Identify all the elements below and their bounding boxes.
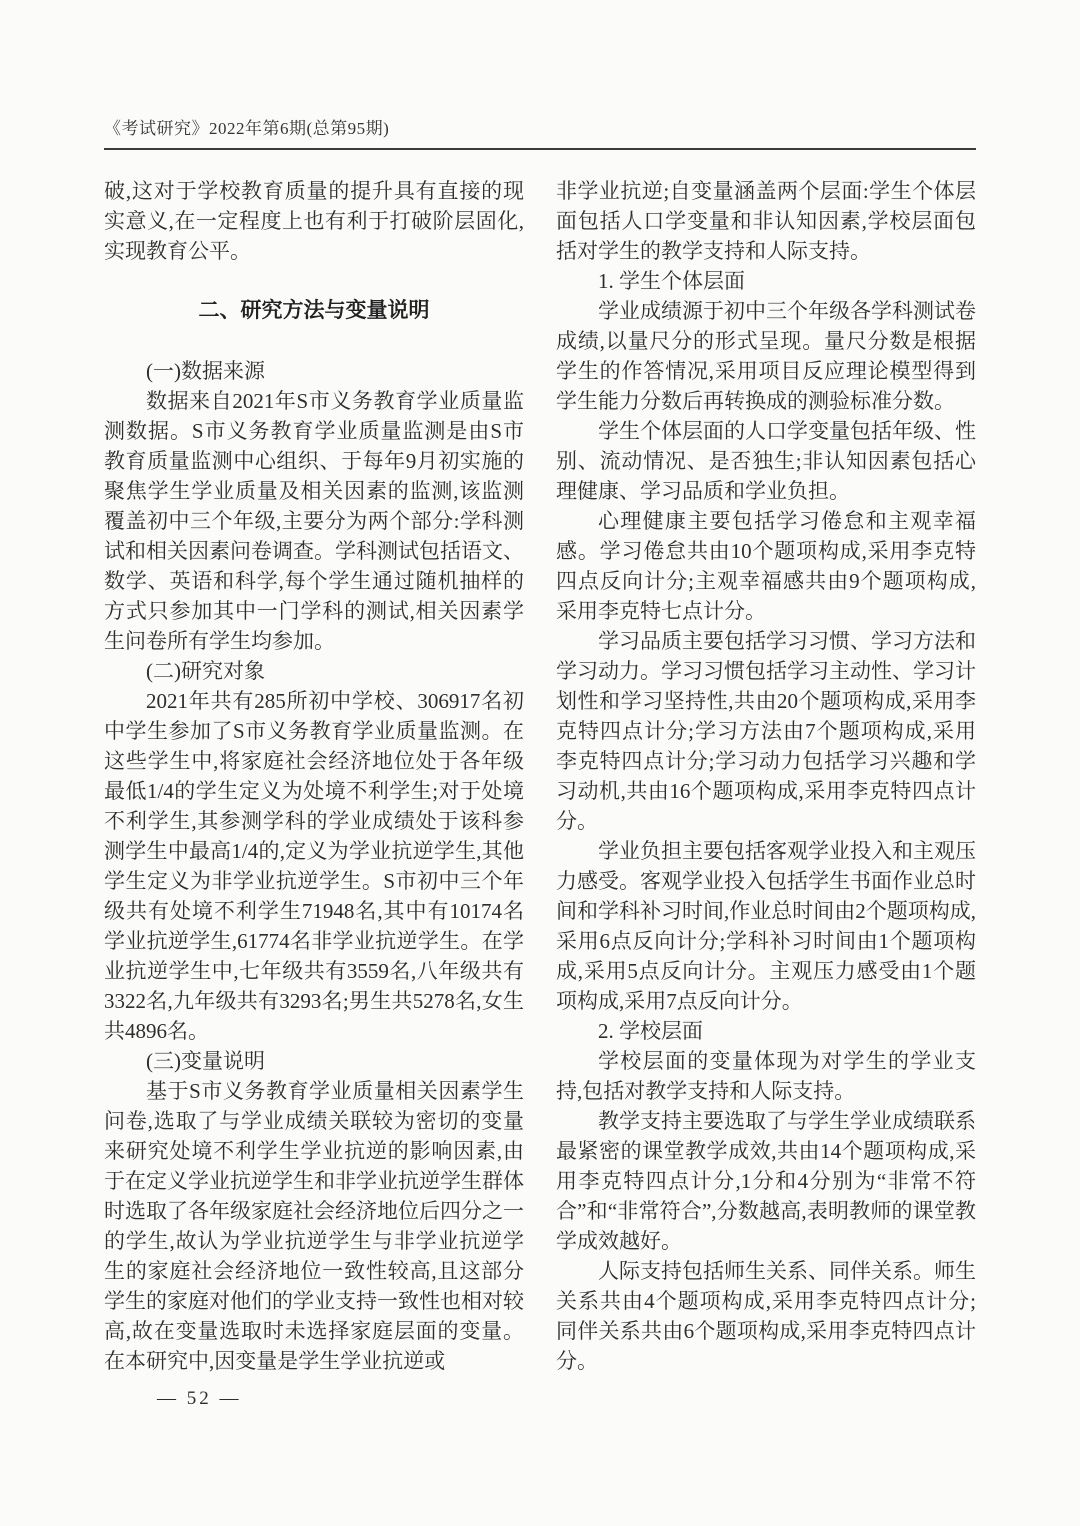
body-paragraph: 学业成绩源于初中三个年级各学科测试卷成绩,以量尺分的形式呈现。量尺分数是根据学生… — [556, 296, 976, 416]
subsection-label: (二)研究对象 — [104, 656, 524, 686]
body-paragraph: 数据来自2021年S市义务教育学业质量监测数据。S市义务教育学业质量监测是由S市… — [104, 386, 524, 656]
header-rule — [104, 148, 976, 150]
body-paragraph: 学业负担主要包括客观学业投入和主观压力感受。客观学业投入包括学生书面作业总时间和… — [556, 836, 976, 1016]
body-paragraph: 破,这对于学校教育质量的提升具有直接的现实意义,在一定程度上也有利于打破阶层固化… — [104, 176, 524, 266]
journal-header: 《考试研究》2022年第6期(总第95期) — [104, 118, 976, 140]
body-paragraph: 学校层面的变量体现为对学生的学业支持,包括对教学支持和人际支持。 — [556, 1046, 976, 1106]
numbered-subheading: 1. 学生个体层面 — [556, 266, 976, 296]
body-paragraph: 学生个体层面的人口学变量包括年级、性别、流动情况、是否独生;非认知因素包括心理健… — [556, 416, 976, 506]
body-paragraph: 2021年共有285所初中学校、306917名初中学生参加了S市义务教育学业质量… — [104, 686, 524, 1046]
body-paragraph: 教学支持主要选取了与学生学业成绩联系最紧密的课堂教学成效,共由14个题项构成,采… — [556, 1106, 976, 1256]
section-heading: 二、研究方法与变量说明 — [104, 296, 524, 326]
numbered-subheading: 2. 学校层面 — [556, 1016, 976, 1046]
body-paragraph: 学习品质主要包括学习习惯、学习方法和学习动力。学习习惯包括学习主动性、学习计划性… — [556, 626, 976, 836]
subsection-label: (一)数据来源 — [104, 356, 524, 386]
journal-page: 《考试研究》2022年第6期(总第95期) 破,这对于学校教育质量的提升具有直接… — [0, 0, 1080, 1526]
body-paragraph: 心理健康主要包括学习倦怠和主观幸福感。学习倦怠共由10个题项构成,采用李克特四点… — [556, 506, 976, 626]
body-paragraph: 人际支持包括师生关系、同伴关系。师生关系共由4个题项构成,采用李克特四点计分;同… — [556, 1256, 976, 1376]
left-column: 破,这对于学校教育质量的提升具有直接的现实意义,在一定程度上也有利于打破阶层固化… — [104, 176, 524, 1376]
body-paragraph: 非学业抗逆;自变量涵盖两个层面:学生个体层面包括人口学变量和非认知因素,学校层面… — [556, 176, 976, 266]
page-number: — 52 — — [157, 1388, 242, 1410]
body-paragraph: 基于S市义务教育学业质量相关因素学生问卷,选取了与学业成绩关联较为密切的变量来研… — [104, 1076, 524, 1376]
subsection-label: (三)变量说明 — [104, 1046, 524, 1076]
right-column: 非学业抗逆;自变量涵盖两个层面:学生个体层面包括人口学变量和非认知因素,学校层面… — [556, 176, 976, 1376]
